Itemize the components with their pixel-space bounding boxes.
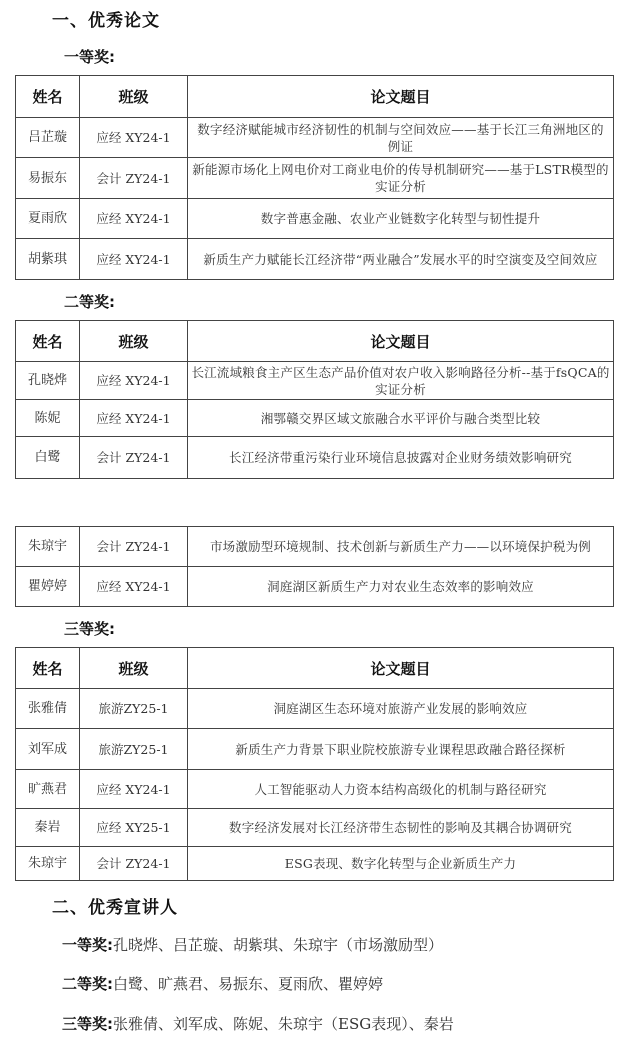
cell-title: 新质生产力赋能长江经济带“两业融合”发展水平的时空演变及空间效应 — [188, 239, 614, 280]
header-title: 论文题目 — [188, 321, 614, 362]
cell-class: 应经 XY24-1 — [80, 770, 188, 809]
cell-title: 新质生产力背景下职业院校旅游专业课程思政融合路径探析 — [188, 729, 614, 770]
table-row: 瞿婷婷 应经 XY24-1 洞庭湖区新质生产力对农业生态效率的影响效应 — [16, 567, 614, 607]
cell-title: 长江经济带重污染行业环境信息披露对企业财务绩效影响研究 — [188, 437, 614, 479]
cell-title: 人工智能驱动人力资本结构高级化的机制与路径研究 — [188, 770, 614, 809]
cell-class: 应经 XY25-1 — [80, 809, 188, 847]
header-class: 班级 — [80, 321, 188, 362]
header-name: 姓名 — [16, 76, 80, 118]
header-title: 论文题目 — [188, 648, 614, 689]
speakers-third-prize-names: 张雅倩、刘军成、陈妮、朱琼宇（ESG表现）、秦岩 — [113, 1015, 454, 1033]
table-row: 朱琼宇 会计 ZY24-1 ESG表现、数字化转型与企业新质生产力 — [16, 847, 614, 881]
speakers-first-prize-label: 一等奖: — [62, 936, 113, 954]
first-prize-heading: 一等奖: — [64, 46, 115, 67]
cell-name: 朱琼宇 — [16, 847, 80, 881]
table-row: 秦岩 应经 XY25-1 数字经济发展对长江经济带生态韧性的影响及其耦合协调研究 — [16, 809, 614, 847]
cell-title: 数字经济发展对长江经济带生态韧性的影响及其耦合协调研究 — [188, 809, 614, 847]
table-row: 胡紫琪 应经 XY24-1 新质生产力赋能长江经济带“两业融合”发展水平的时空演… — [16, 239, 614, 280]
cell-name: 刘军成 — [16, 729, 80, 770]
speakers-second-prize-names: 白鹭、旷燕君、易振东、夏雨欣、瞿婷婷 — [113, 975, 383, 993]
cell-class: 应经 XY24-1 — [80, 362, 188, 400]
cell-class: 应经 XY24-1 — [80, 199, 188, 239]
cell-title: 市场激励型环境规制、技术创新与新质生产力——以环境保护税为例 — [188, 527, 614, 567]
section-title-excellent-papers: 一、优秀论文 — [52, 6, 160, 31]
cell-name: 夏雨欣 — [16, 199, 80, 239]
second-prize-table: 姓名 班级 论文题目 孔晓烨 应经 XY24-1 长江流域粮食主产区生态产品价值… — [15, 320, 614, 479]
table-row: 张雅倩 旅游ZY25-1 洞庭湖区生态环境对旅游产业发展的影响效应 — [16, 689, 614, 729]
speakers-third-prize-label: 三等奖: — [62, 1015, 113, 1033]
cell-class: 应经 XY24-1 — [80, 239, 188, 280]
third-prize-heading: 三等奖: — [64, 618, 115, 639]
cell-title: 洞庭湖区新质生产力对农业生态效率的影响效应 — [188, 567, 614, 607]
cell-name: 朱琼宇 — [16, 527, 80, 567]
header-title: 论文题目 — [188, 76, 614, 118]
cell-title: ESG表现、数字化转型与企业新质生产力 — [188, 847, 614, 881]
cell-class: 会计 ZY24-1 — [80, 437, 188, 479]
cell-class: 会计 ZY24-1 — [80, 158, 188, 199]
table-row: 孔晓烨 应经 XY24-1 长江流域粮食主产区生态产品价值对农户收入影响路径分析… — [16, 362, 614, 400]
table-row: 刘军成 旅游ZY25-1 新质生产力背景下职业院校旅游专业课程思政融合路径探析 — [16, 729, 614, 770]
speakers-first-prize-names: 孔晓烨、吕芷璇、胡紫琪、朱琼宇（市场激励型） — [113, 936, 443, 954]
cell-name: 易振东 — [16, 158, 80, 199]
table-header-row: 姓名 班级 论文题目 — [16, 321, 614, 362]
cell-name: 旷燕君 — [16, 770, 80, 809]
cell-name: 胡紫琪 — [16, 239, 80, 280]
cell-name: 孔晓烨 — [16, 362, 80, 400]
cell-title: 洞庭湖区生态环境对旅游产业发展的影响效应 — [188, 689, 614, 729]
header-class: 班级 — [80, 648, 188, 689]
table-row: 旷燕君 应经 XY24-1 人工智能驱动人力资本结构高级化的机制与路径研究 — [16, 770, 614, 809]
table-row: 易振东 会计 ZY24-1 新能源市场化上网电价对工商业电价的传导机制研究——基… — [16, 158, 614, 199]
header-name: 姓名 — [16, 648, 80, 689]
cell-name: 秦岩 — [16, 809, 80, 847]
cell-title: 新能源市场化上网电价对工商业电价的传导机制研究——基于LSTR模型的实证分析 — [188, 158, 614, 199]
cell-title: 数字经济赋能城市经济韧性的机制与空间效应——基于长江三角洲地区的例证 — [188, 118, 614, 158]
cell-class: 应经 XY24-1 — [80, 400, 188, 437]
cell-title: 长江流域粮食主产区生态产品价值对农户收入影响路径分析--基于fsQCA的实证分析 — [188, 362, 614, 400]
cell-class: 应经 XY24-1 — [80, 118, 188, 158]
cell-name: 张雅倩 — [16, 689, 80, 729]
cell-class: 旅游ZY25-1 — [80, 729, 188, 770]
table-row: 吕芷璇 应经 XY24-1 数字经济赋能城市经济韧性的机制与空间效应——基于长江… — [16, 118, 614, 158]
table-row: 朱琼宇 会计 ZY24-1 市场激励型环境规制、技术创新与新质生产力——以环境保… — [16, 527, 614, 567]
header-class: 班级 — [80, 76, 188, 118]
third-prize-table: 姓名 班级 论文题目 张雅倩 旅游ZY25-1 洞庭湖区生态环境对旅游产业发展的… — [15, 647, 614, 881]
cell-class: 会计 ZY24-1 — [80, 847, 188, 881]
speakers-second-prize: 二等奖:白鹭、旷燕君、易振东、夏雨欣、瞿婷婷 — [62, 973, 383, 994]
cell-class: 应经 XY24-1 — [80, 567, 188, 607]
speakers-second-prize-label: 二等奖: — [62, 975, 113, 993]
speakers-third-prize: 三等奖:张雅倩、刘军成、陈妮、朱琼宇（ESG表现）、秦岩 — [62, 1013, 454, 1034]
second-prize-heading: 二等奖: — [64, 291, 115, 312]
header-name: 姓名 — [16, 321, 80, 362]
cell-name: 吕芷璇 — [16, 118, 80, 158]
speakers-first-prize: 一等奖:孔晓烨、吕芷璇、胡紫琪、朱琼宇（市场激励型） — [62, 934, 443, 955]
cell-title: 湘鄂赣交界区域文旅融合水平评价与融合类型比较 — [188, 400, 614, 437]
cell-class: 会计 ZY24-1 — [80, 527, 188, 567]
table-row: 夏雨欣 应经 XY24-1 数字普惠金融、农业产业链数字化转型与韧性提升 — [16, 199, 614, 239]
table-row: 白鹭 会计 ZY24-1 长江经济带重污染行业环境信息披露对企业财务绩效影响研究 — [16, 437, 614, 479]
cell-title: 数字普惠金融、农业产业链数字化转型与韧性提升 — [188, 199, 614, 239]
cell-name: 陈妮 — [16, 400, 80, 437]
first-prize-table: 姓名 班级 论文题目 吕芷璇 应经 XY24-1 数字经济赋能城市经济韧性的机制… — [15, 75, 614, 280]
cell-name: 瞿婷婷 — [16, 567, 80, 607]
cell-name: 白鹭 — [16, 437, 80, 479]
cell-class: 旅游ZY25-1 — [80, 689, 188, 729]
second-prize-table-continued: 朱琼宇 会计 ZY24-1 市场激励型环境规制、技术创新与新质生产力——以环境保… — [15, 526, 614, 607]
table-header-row: 姓名 班级 论文题目 — [16, 648, 614, 689]
table-row: 陈妮 应经 XY24-1 湘鄂赣交界区域文旅融合水平评价与融合类型比较 — [16, 400, 614, 437]
table-header-row: 姓名 班级 论文题目 — [16, 76, 614, 118]
section-title-excellent-speakers: 二、优秀宣讲人 — [52, 893, 178, 918]
